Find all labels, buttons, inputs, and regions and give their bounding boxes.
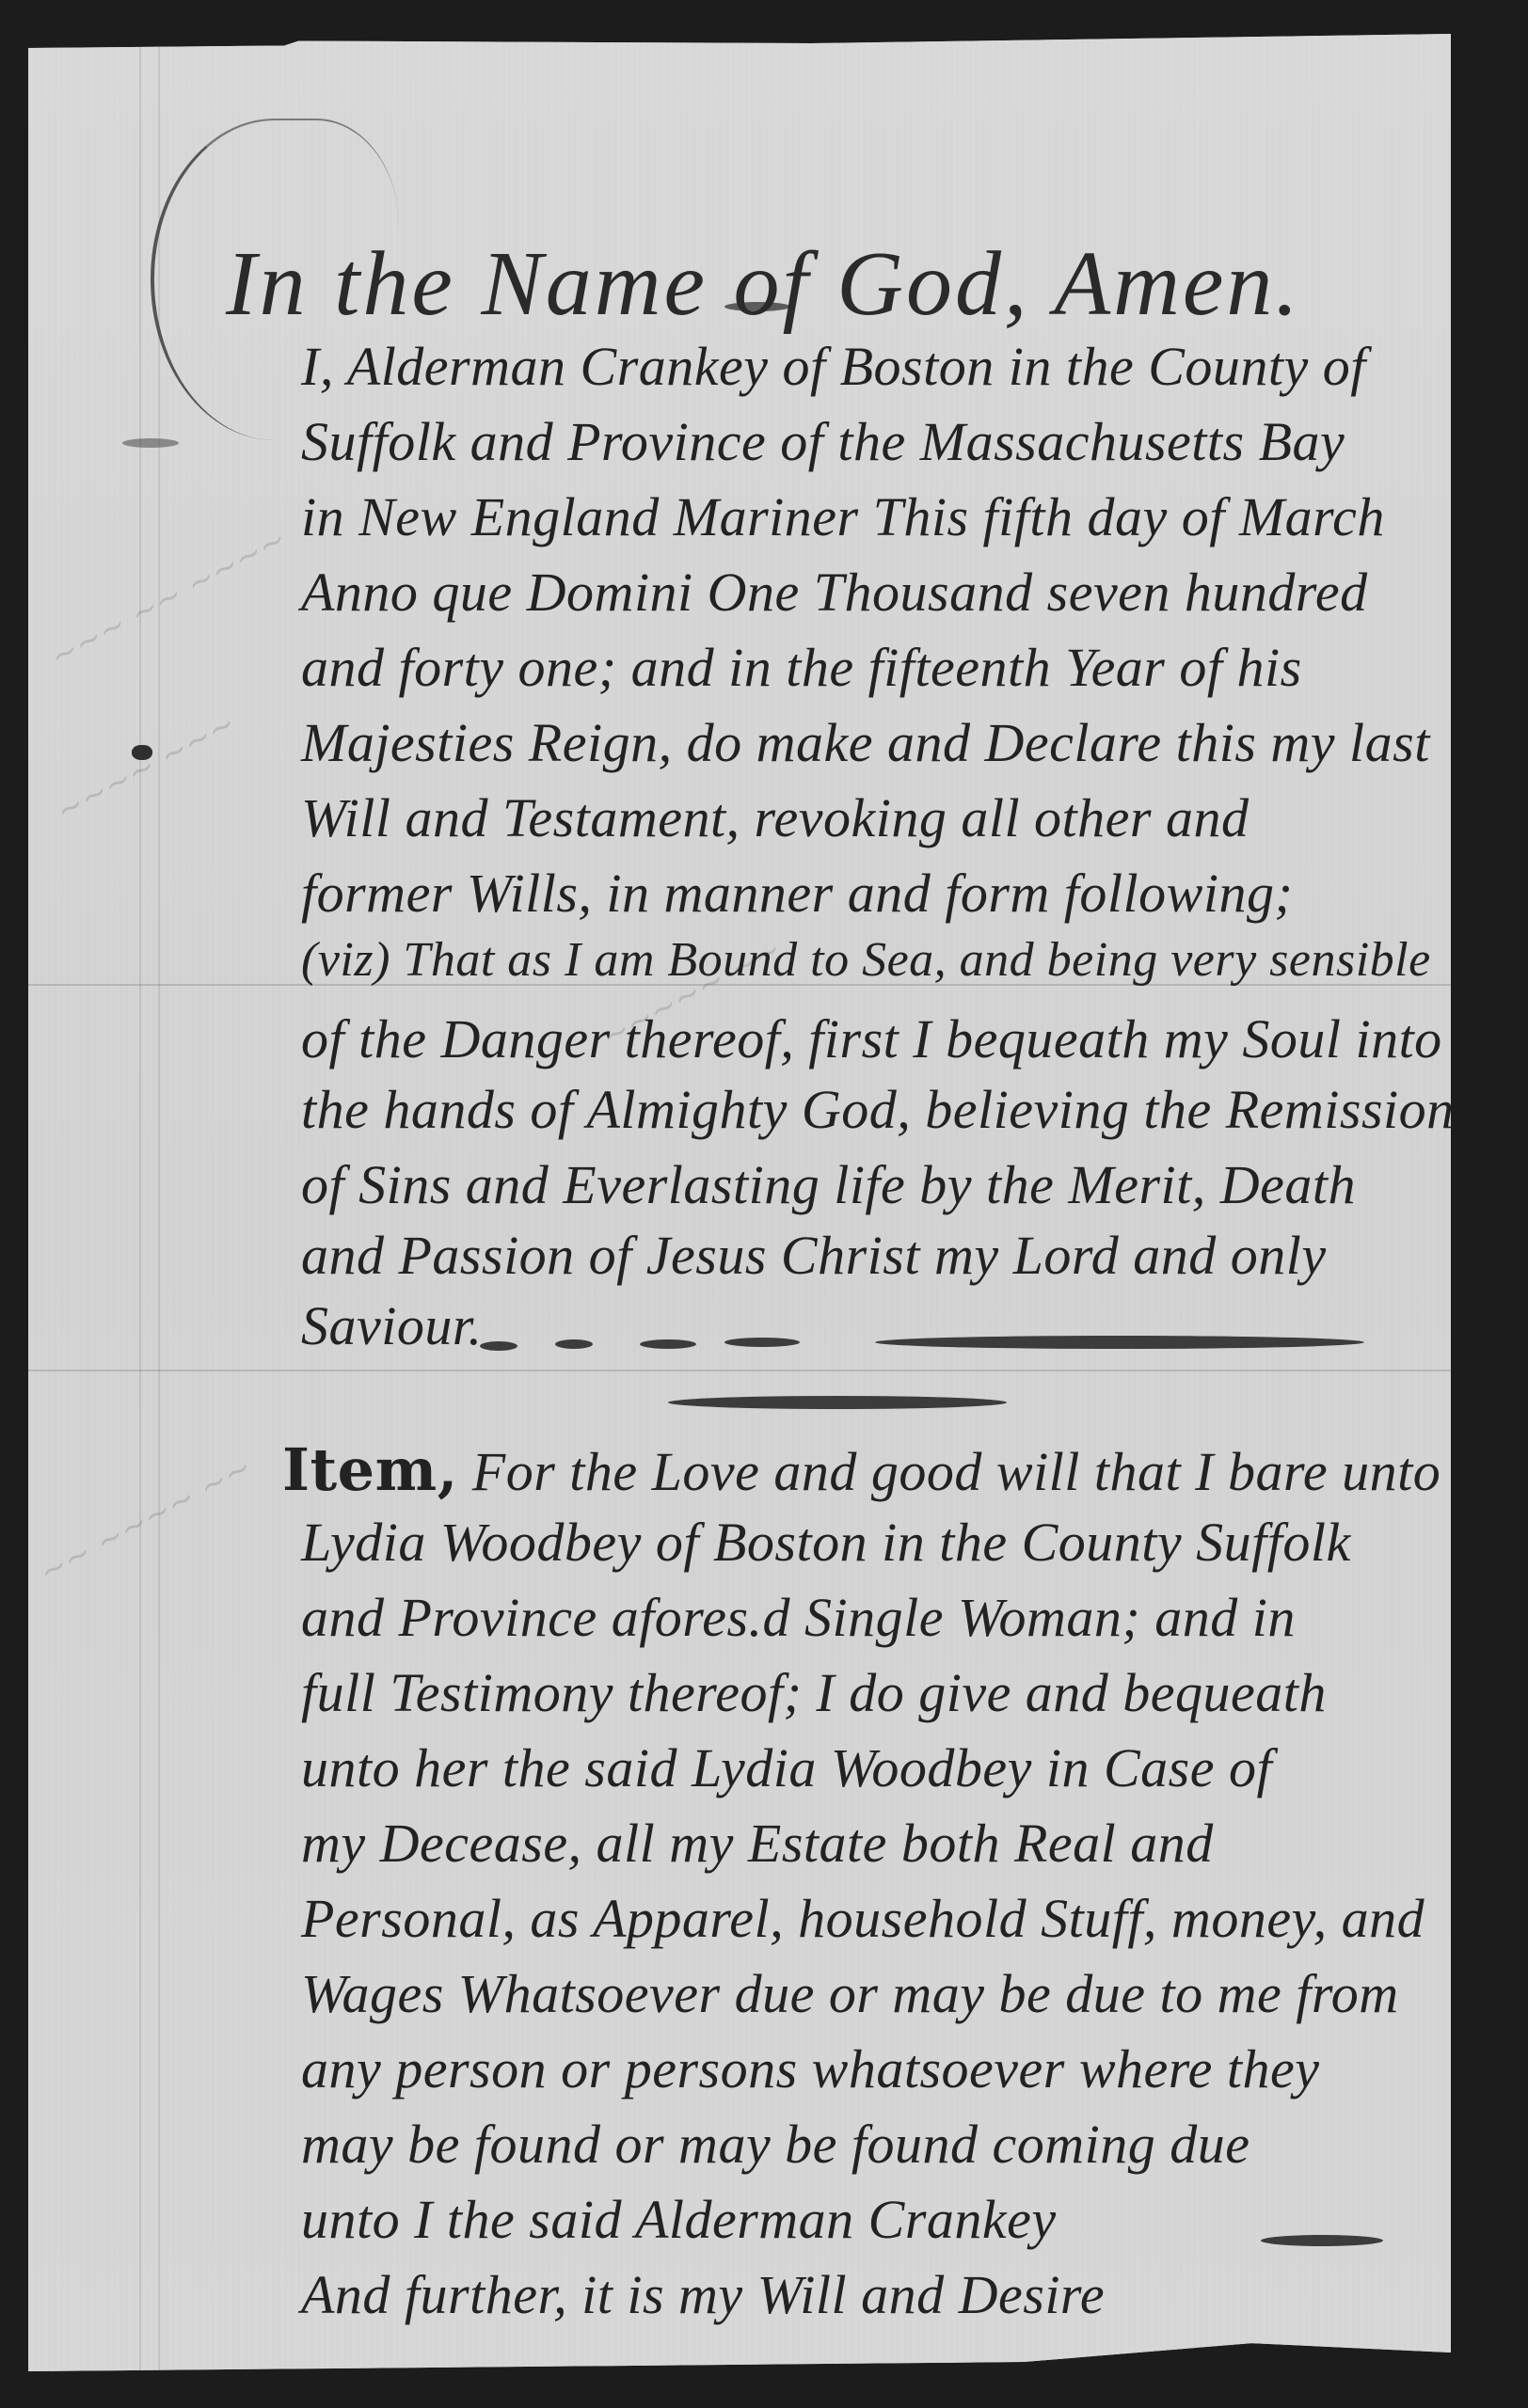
divider-stroke: [640, 1339, 696, 1349]
text-line: Will and Testament, revoking all other a…: [301, 786, 1249, 849]
text-line: any person or persons whatsoever where t…: [301, 2037, 1320, 2100]
fold-crease: [139, 34, 141, 2381]
divider-stroke: [480, 1341, 517, 1351]
text-line: Anno que Domini One Thousand seven hundr…: [301, 561, 1368, 624]
manuscript-page: ~~~ ~~ ~~~~ ~~~~ ~~~ ~~ ~~~~ ~~ ~~~~~ ~~…: [28, 34, 1451, 2381]
text-line: Suffolk and Province of the Massachusett…: [301, 410, 1345, 473]
ink-blot: [132, 745, 152, 760]
text-line: (viz) That as I am Bound to Sea, and bei…: [301, 932, 1431, 988]
ink-mark: [1261, 2235, 1383, 2246]
divider-stroke: [724, 1338, 800, 1347]
text-line: of Sins and Everlasting life by the Meri…: [301, 1153, 1356, 1216]
text-line: Wages Whatsoever due or may be due to me…: [301, 1962, 1399, 2025]
divider-stroke: [668, 1396, 1007, 1409]
bleed-through: ~~ ~~~~ ~~: [33, 1449, 258, 1592]
text-line: former Wills, in manner and form followi…: [301, 862, 1293, 925]
text-line: my Decease, all my Estate both Real and: [301, 1812, 1214, 1875]
item-line: Item, For the Love and good will that I …: [282, 1435, 1440, 1504]
item-text: For the Love and good will that I bare u…: [472, 1441, 1440, 1502]
divider-stroke: [555, 1339, 593, 1349]
scan-frame: ~~~ ~~ ~~~~ ~~~~ ~~~ ~~ ~~~~ ~~ ~~~~~ ~~…: [0, 0, 1528, 2408]
text-line: I, Alderman Crankey of Boston in the Cou…: [301, 335, 1366, 398]
ink-mark: [122, 438, 179, 448]
text-line: and forty one; and in the fifteenth Year…: [301, 636, 1302, 699]
text-line: unto her the said Lydia Woodbey in Case …: [301, 1736, 1272, 1799]
text-line: and Province afores.d Single Woman; and …: [301, 1586, 1296, 1649]
text-line: the hands of Almighty God, believing the…: [301, 1078, 1455, 1141]
text-line: may be found or may be found coming due: [301, 2113, 1250, 2176]
text-line: in New England Mariner This fifth day of…: [301, 485, 1385, 548]
text-line: unto I the said Alderman Crankey: [301, 2188, 1057, 2251]
divider-stroke: [875, 1336, 1364, 1349]
text-line: full Testimony thereof; I do give and be…: [301, 1661, 1327, 1724]
text-line: of the Danger thereof, first I bequeath …: [301, 1007, 1442, 1070]
fold-crease: [28, 1370, 1451, 1371]
item-heading: Item,: [282, 1435, 458, 1504]
bleed-through: ~~~~ ~~~: [50, 705, 242, 831]
text-line: Saviour.: [301, 1294, 483, 1357]
text-line: and Passion of Jesus Christ my Lord and …: [301, 1224, 1327, 1287]
fold-crease: [158, 34, 160, 2381]
bleed-through: ~~~ ~~ ~~~~: [44, 520, 293, 676]
document-heading: In the Name of God, Amen.: [226, 231, 1301, 337]
text-line: Personal, as Apparel, household Stuff, m…: [301, 1887, 1425, 1950]
text-line: Majesties Reign, do make and Declare thi…: [301, 711, 1430, 774]
text-line: Lydia Woodbey of Boston in the County Su…: [301, 1511, 1351, 1574]
text-line: And further, it is my Will and Desire: [301, 2263, 1105, 2326]
